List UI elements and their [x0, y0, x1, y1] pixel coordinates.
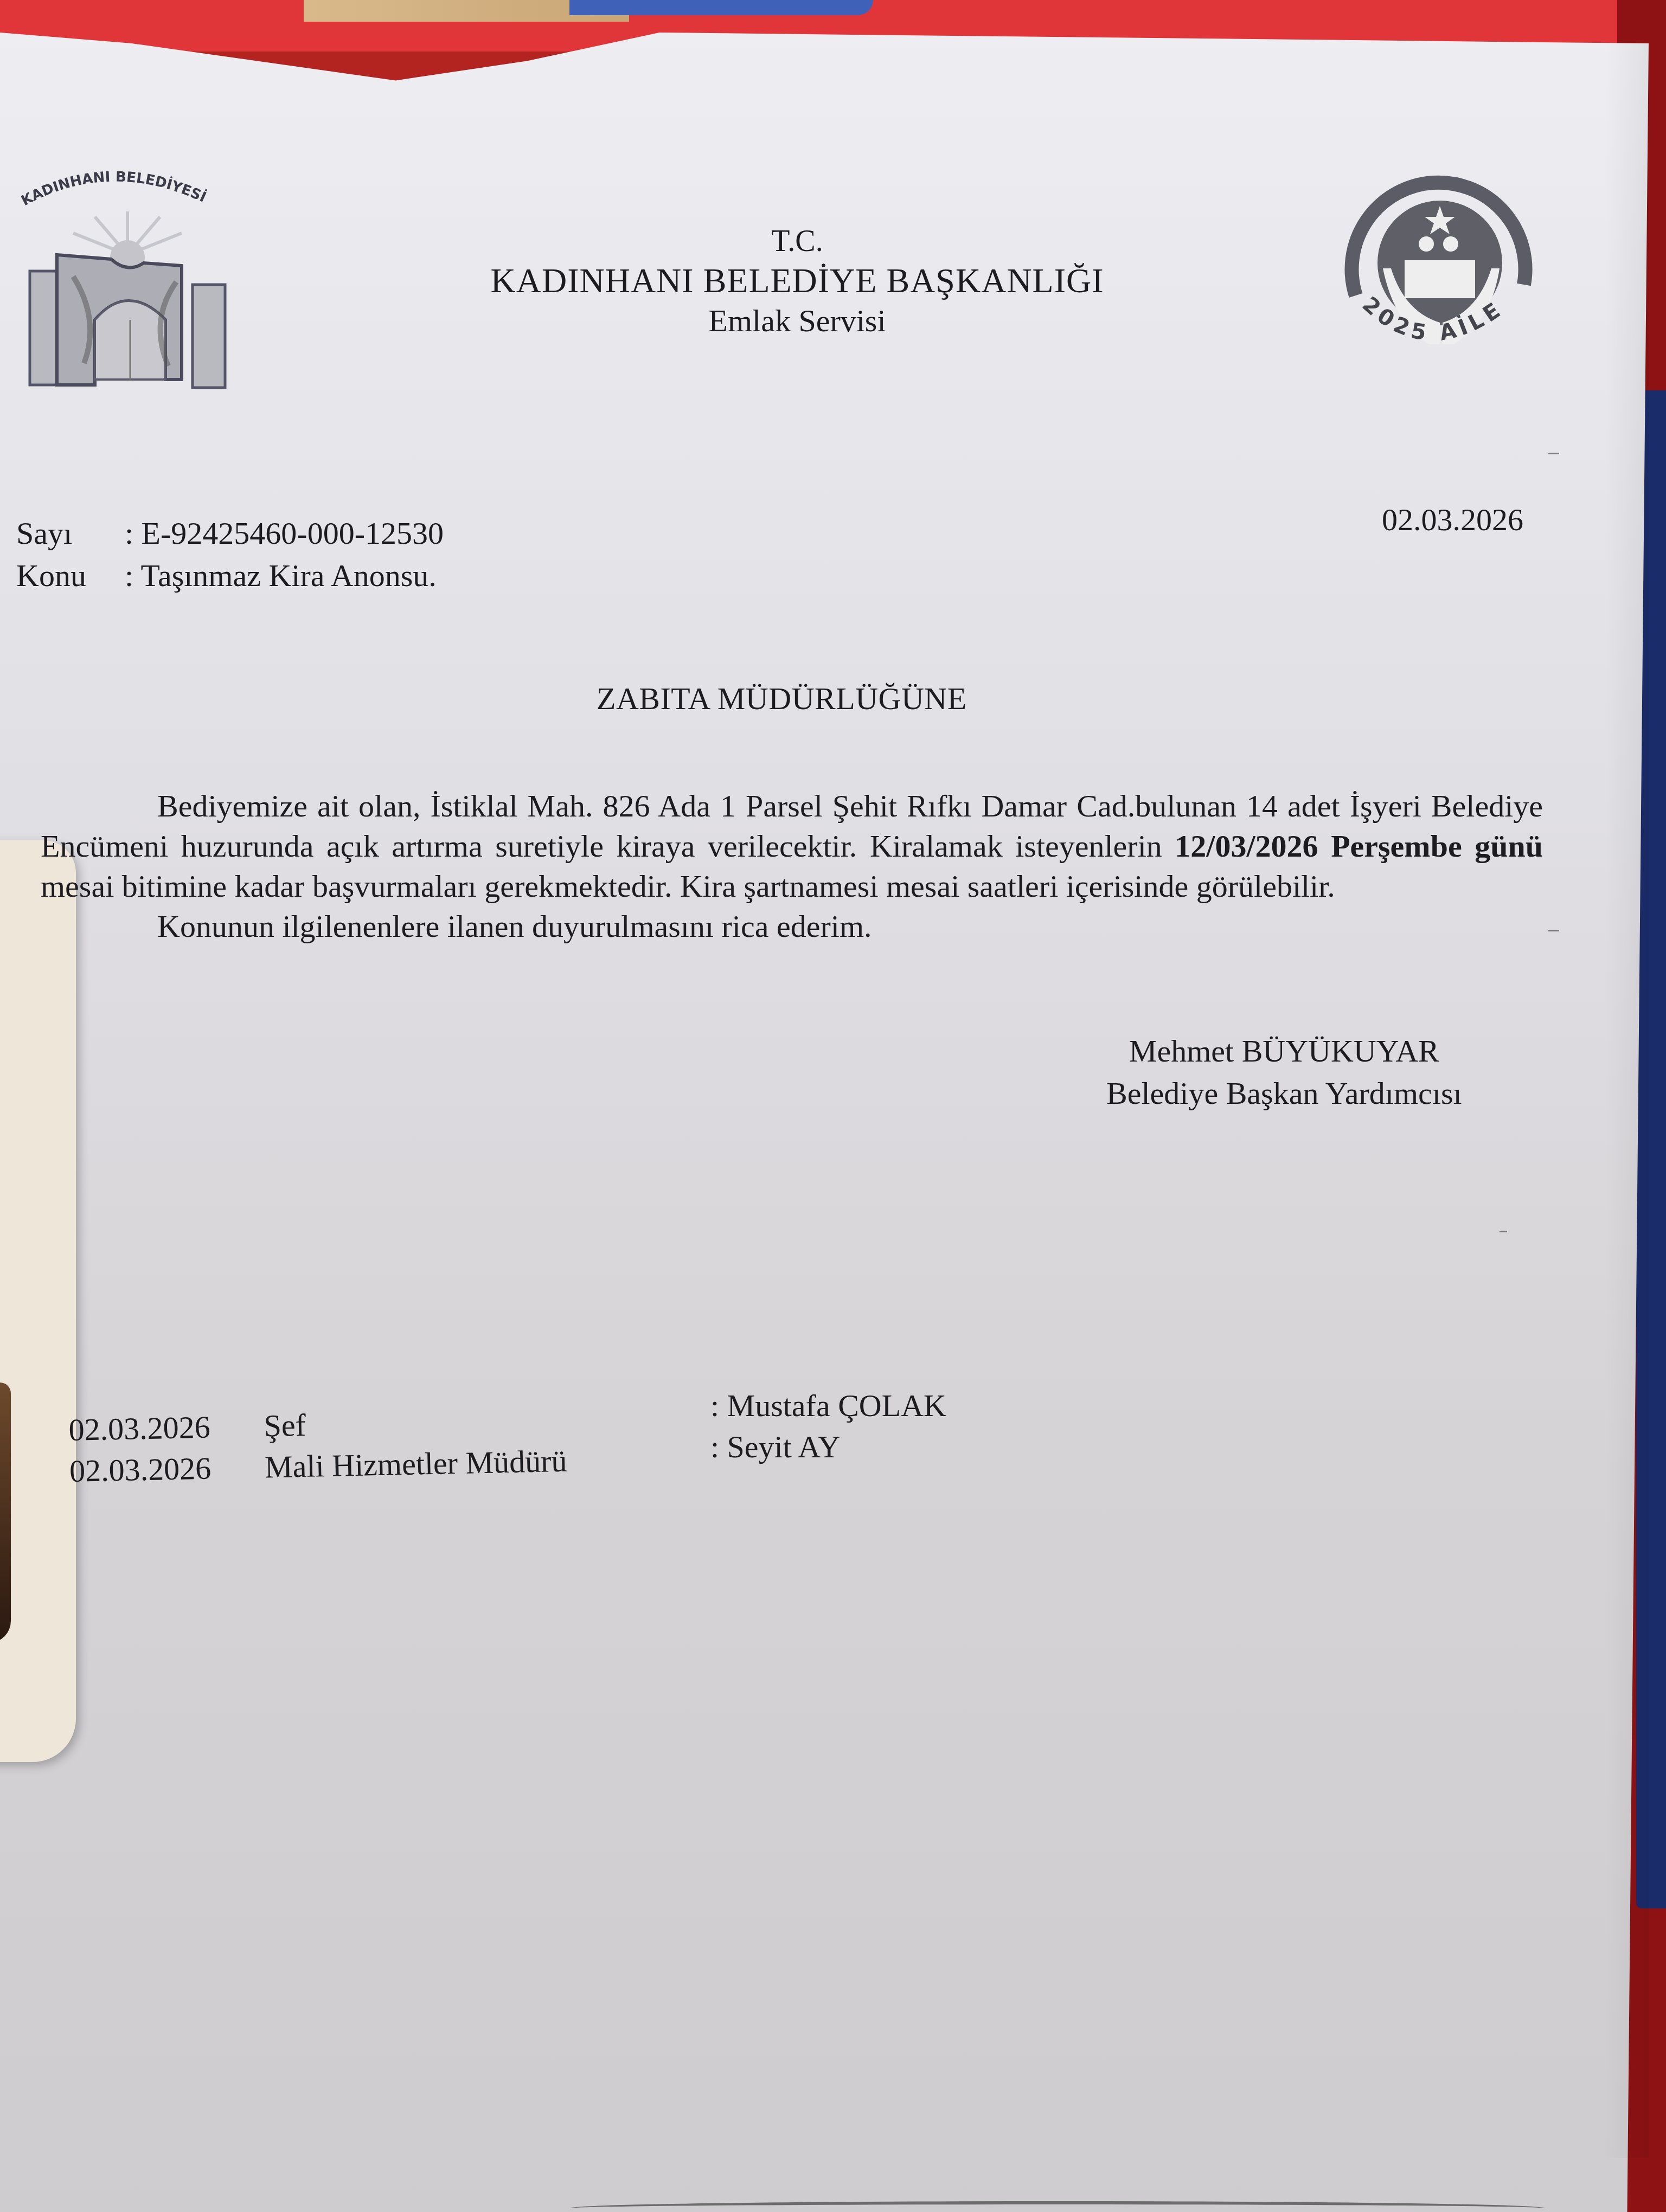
letterhead-service: Emlak Servisi	[477, 301, 1117, 340]
document-meta: Sayı : E-92425460-000-12530 Konu : Taşın…	[16, 512, 444, 597]
signature-block: Mehmet BÜYÜKUYAR Belediye Başkan Yardımc…	[1106, 1030, 1462, 1115]
sayi-value: : E-92425460-000-12530	[125, 512, 444, 555]
deadline-bold: 12/03/2026 Perşembe günü	[1175, 828, 1543, 864]
paraf-name: : Seyit AY	[710, 1426, 946, 1468]
paraf-date: 02.03.2026	[69, 1446, 265, 1492]
konu-label: Konu	[16, 555, 125, 597]
stray-mark	[1500, 1231, 1507, 1232]
letter-body: Bediyemize ait olan, İstiklal Mah. 826 A…	[41, 786, 1543, 947]
kadinhani-municipality-logo-icon: KADINHANI BELEDİYESİ	[14, 157, 241, 390]
letterhead: T.C. KADINHANI BELEDİYE BAŞKANLIĞI Emlak…	[477, 222, 1117, 340]
paraf-list: 02.03.2026 Şef 02.03.2026 Mali Hizmetler…	[68, 1374, 710, 1492]
paraf-title: Mali Hizmetler Müdürü	[264, 1437, 709, 1488]
signatory-title: Belediye Başkan Yardımcısı	[1106, 1072, 1462, 1115]
document-date: 02.03.2026	[1382, 501, 1523, 538]
letterhead-tc: T.C.	[477, 222, 1117, 260]
addressee: ZABITA MÜDÜRLÜĞÜNE	[597, 680, 967, 717]
stray-mark	[1548, 453, 1559, 454]
paraf-date: 02.03.2026	[68, 1405, 265, 1451]
paper-bottom-curl	[569, 2201, 1546, 2212]
paraf-names: : Mustafa ÇOLAK : Seyit AY	[710, 1385, 946, 1468]
body-paragraph-2: Konunun ilgilenenlere ilanen duyurulması…	[41, 906, 1543, 947]
body-paragraph-1: Bediyemize ait olan, İstiklal Mah. 826 A…	[41, 786, 1543, 906]
signatory-name: Mehmet BÜYÜKUYAR	[1106, 1030, 1462, 1072]
konu-row: Konu : Taşınmaz Kira Anonsu.	[16, 555, 444, 597]
family-year-logo-icon: 2025 AİLE YILI	[1340, 160, 1546, 377]
paraf-name: : Mustafa ÇOLAK	[710, 1385, 946, 1426]
svg-text:KADINHANI BELEDİYESİ: KADINHANI BELEDİYESİ	[18, 169, 209, 209]
sayi-row: Sayı : E-92425460-000-12530	[16, 512, 444, 555]
letterhead-organization: KADINHANI BELEDİYE BAŞKANLIĞI	[477, 260, 1117, 301]
body-text-after: mesai bitimine kadar başvurmaları gerekm…	[41, 869, 1335, 904]
stray-mark	[1548, 930, 1559, 931]
konu-value: : Taşınmaz Kira Anonsu.	[125, 555, 437, 597]
document: KADINHANI BELEDİYESİ T.C. KADINHANI BELE…	[0, 0, 1666, 2212]
sayi-label: Sayı	[16, 512, 125, 555]
